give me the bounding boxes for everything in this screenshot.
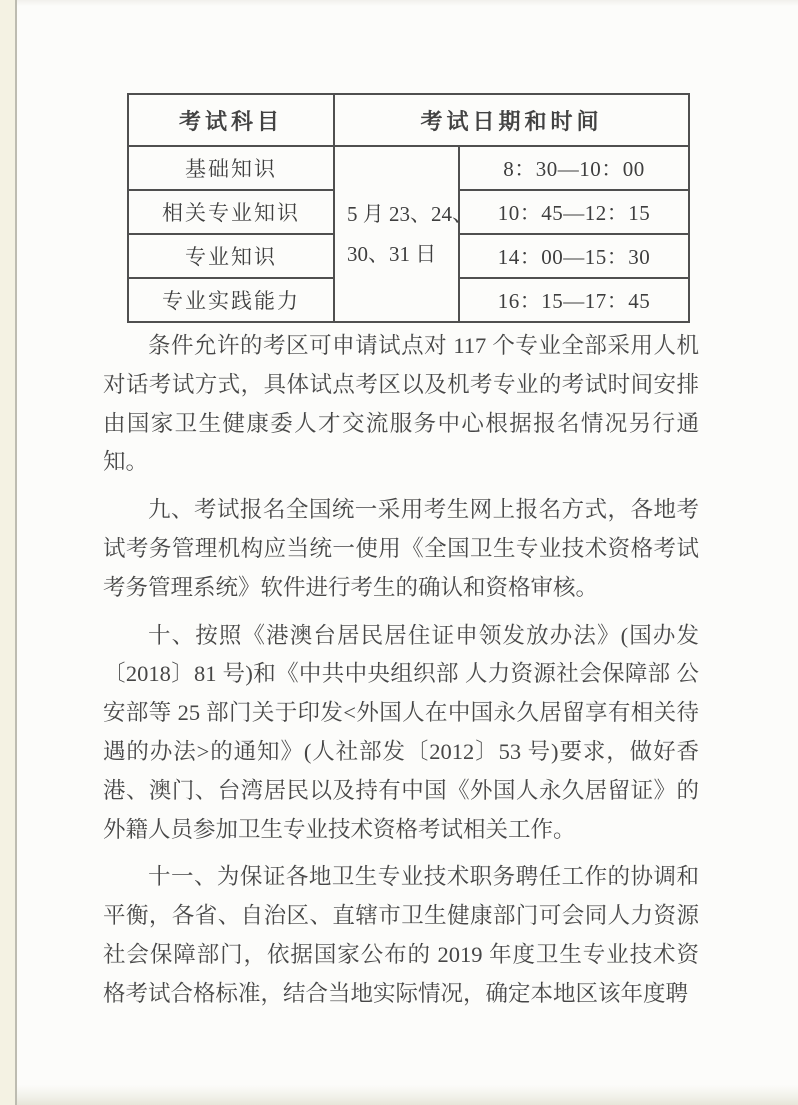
subject-cell: 专业知识 <box>128 234 334 278</box>
scan-bottom-shadow <box>0 1085 798 1105</box>
time-cell: 14：00—15：30 <box>459 234 689 278</box>
paragraph-item-10-hk-macao-taiwan: 十、按照《港澳台居民居住证申领发放办法》(国办发〔2018〕81 号)和《中共中… <box>103 617 699 850</box>
subject-cell: 相关专业知识 <box>128 190 334 234</box>
paragraph-item-9-online-registration: 九、考试报名全国统一采用考生网上报名方式，各地考试考务管理机构应当统一使用《全国… <box>103 491 699 607</box>
document-body: 条件允许的考区可申请试点对 117 个专业全部采用人机对话考试方式，具体试点考区… <box>103 327 699 1023</box>
table-header-row: 考试科目 考试日期和时间 <box>128 94 689 146</box>
header-exam-subject: 考试科目 <box>128 94 334 146</box>
exam-date-line: 5 月 23、24、 <box>339 194 454 234</box>
exam-date-line: 30、31 日 <box>339 234 454 274</box>
paragraph-pilot-computer-exam: 条件允许的考区可申请试点对 117 个专业全部采用人机对话考试方式，具体试点考区… <box>103 327 699 482</box>
time-cell: 10：45—12：15 <box>459 190 689 234</box>
scan-top-shadow <box>0 0 798 6</box>
time-cell: 16：15—17：45 <box>459 278 689 322</box>
subject-cell: 专业实践能力 <box>128 278 334 322</box>
time-cell: 8：30—10：00 <box>459 146 689 190</box>
header-exam-datetime: 考试日期和时间 <box>334 94 689 146</box>
table-row: 基础知识 5 月 23、24、 30、31 日 8：30—10：00 <box>128 146 689 190</box>
subject-cell: 基础知识 <box>128 146 334 190</box>
paragraph-item-11-appointment-standards: 十一、为保证各地卫生专业技术职务聘任工作的协调和平衡，各省、自治区、直辖市卫生健… <box>103 858 699 1013</box>
exam-schedule-table: 考试科目 考试日期和时间 基础知识 5 月 23、24、 30、31 日 8：3… <box>127 93 690 323</box>
scan-left-edge <box>0 0 17 1105</box>
exam-date-cell: 5 月 23、24、 30、31 日 <box>334 146 459 322</box>
scanned-document-page: 考试科目 考试日期和时间 基础知识 5 月 23、24、 30、31 日 8：3… <box>0 0 798 1105</box>
